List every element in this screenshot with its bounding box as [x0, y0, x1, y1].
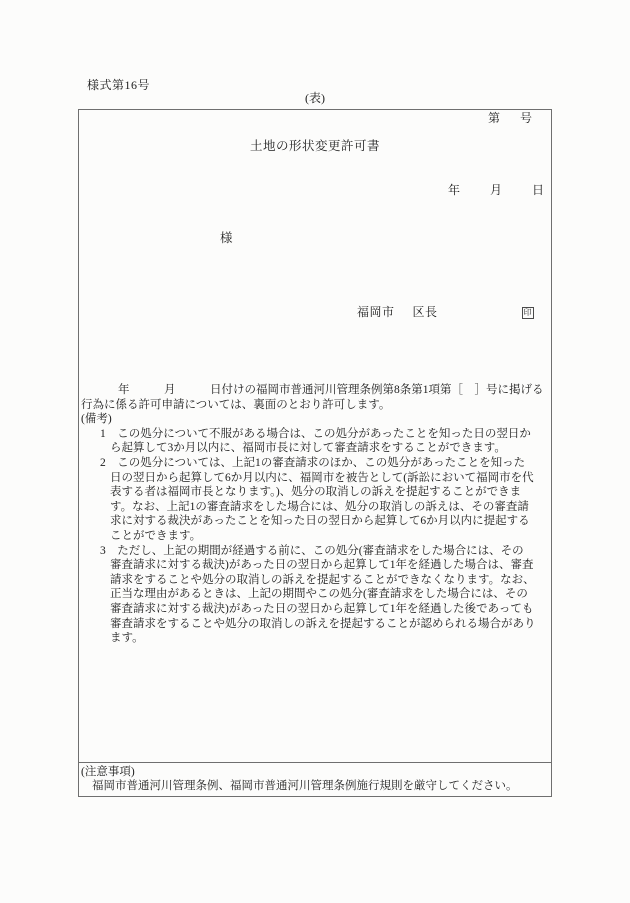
remarks-label: (備考)	[81, 412, 549, 427]
date-line: 年 月 日	[448, 184, 544, 197]
doc-number-prefix: 第	[488, 112, 500, 125]
document-page: 様式第16号 (表) 第 号 土地の形状変更許可書 年 月 日 様 福岡市 区長…	[0, 0, 630, 903]
remarks-item-3: 3 ただし、上記の期間が経過する前に、この処分(審査請求をした場合には、その 審…	[81, 544, 549, 646]
remarks-item-1: 1 この処分について不服がある場合は、この処分があったことを知った日の翌日か ら…	[81, 427, 549, 456]
notes-section: (注意事項) 福岡市普通河川管理条例、福岡市普通河川管理条例施行規則を厳守してく…	[79, 762, 551, 796]
remarks-item-2: 2 この処分については、上記1の審査請求のほか、この処分があったことを知った 日…	[81, 456, 549, 544]
opening-paragraph: 年 月 日付けの福岡市普通河川管理条例第8条第1項第［ ］号に掲げる 行為に係る…	[81, 383, 549, 412]
document-number-line: 第 号	[488, 112, 532, 125]
notes-text: 福岡市普通河川管理条例、福岡市普通河川管理条例施行規則を厳守してください。	[81, 779, 549, 793]
notes-label: (注意事項)	[81, 765, 549, 779]
permit-body: 年 月 日付けの福岡市普通河川管理条例第8条第1項第［ ］号に掲げる 行為に係る…	[81, 383, 549, 646]
document-title: 土地の形状変更許可書	[79, 139, 551, 153]
doc-number-suffix: 号	[520, 112, 532, 125]
addressee-honorific: 様	[220, 232, 233, 245]
form-number: 様式第16号	[87, 79, 150, 92]
seal-mark-icon: 印	[522, 307, 534, 319]
side-label: (表)	[0, 92, 630, 105]
issuer-ward-head: 区長	[413, 306, 438, 319]
date-day-label: 日	[532, 184, 544, 197]
permit-box: 第 号 土地の形状変更許可書 年 月 日 様 福岡市 区長 印 年 月 日付けの…	[78, 109, 552, 797]
date-year-label: 年	[448, 184, 460, 197]
issuer-city: 福岡市	[357, 306, 395, 319]
issuer-line: 福岡市 区長 印	[357, 306, 534, 319]
date-month-label: 月	[490, 184, 502, 197]
